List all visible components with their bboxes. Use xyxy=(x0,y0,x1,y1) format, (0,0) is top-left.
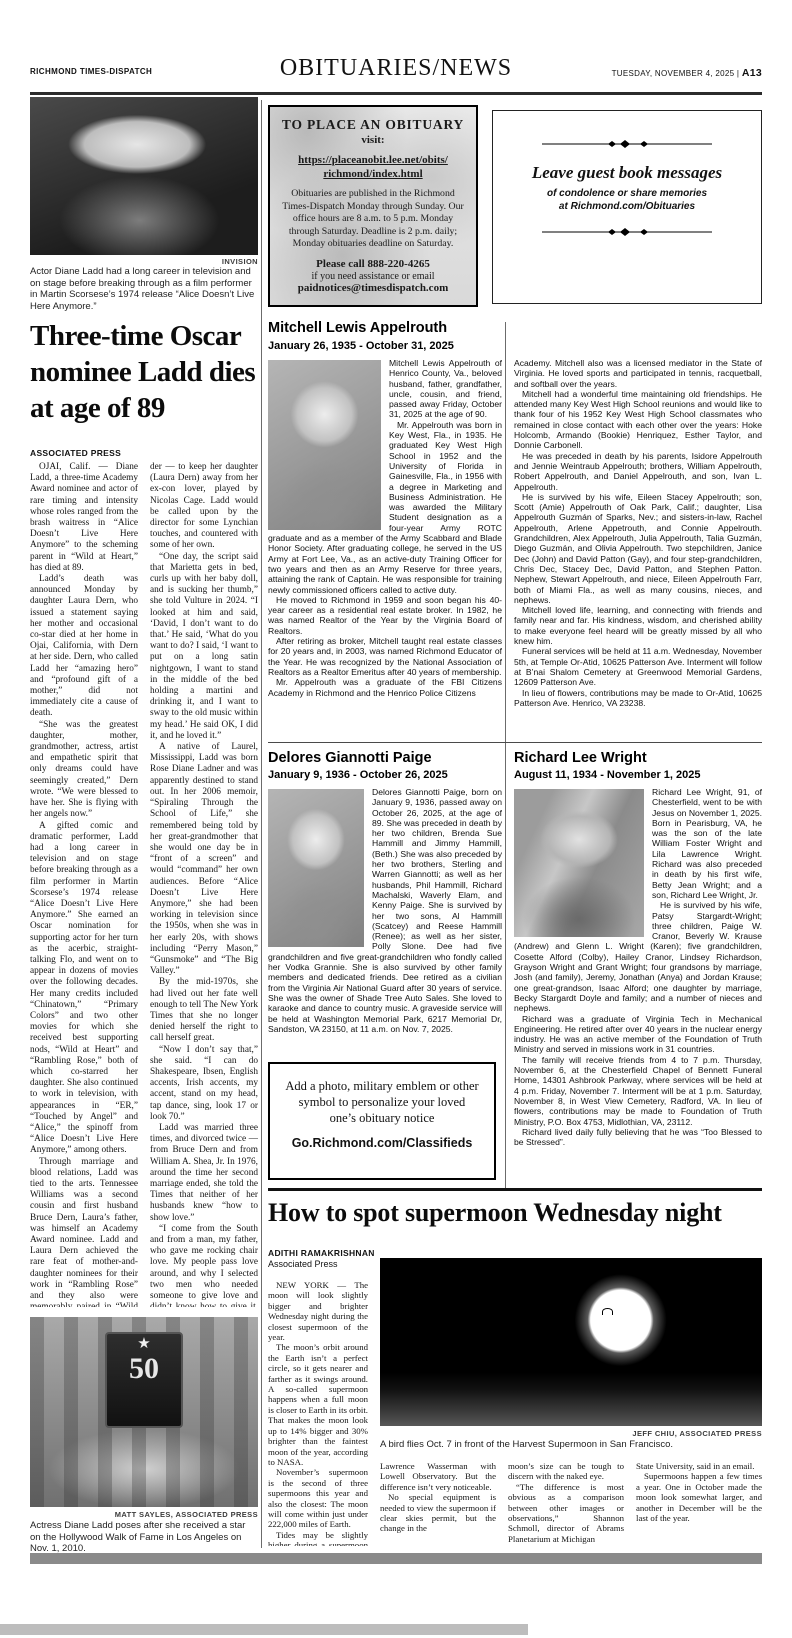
place-obituary-box: TO PLACE AN OBITUARY visit: https://plac… xyxy=(268,105,478,307)
supermoon-column-2: Lawrence Wasserman with Lowell Observato… xyxy=(380,1461,496,1549)
guest-book-link[interactable]: at Richmond.com/Obituaries xyxy=(493,200,761,213)
paragraph: Mitchell had a wonderful time maintainin… xyxy=(514,389,762,451)
paragraph: OJAI, Calif. — Diane Ladd, a three-time … xyxy=(30,462,138,574)
ladd-headline: Three-time Oscar nominee Ladd dies at ag… xyxy=(30,318,260,426)
photo-credit: INVISION xyxy=(30,257,258,266)
supermoon-column-3: moon’s size can be tough to discern with… xyxy=(508,1461,624,1549)
star-icon: ★ xyxy=(107,1334,181,1354)
classifieds-promo-text: Add a photo, military emblem or other sy… xyxy=(284,1078,480,1126)
diane-ladd-photo xyxy=(30,97,258,255)
obit-appelrouth-column-1: Mitchell Lewis Appelrouth of Henrico Cou… xyxy=(268,358,502,740)
paragraph: Mitchell loved life, learning, and conne… xyxy=(514,605,762,646)
bird-silhouette xyxy=(602,1308,613,1315)
place-obituary-link[interactable]: https://placeanobit.lee.net/obits/ richm… xyxy=(278,153,468,181)
paragraph: No special equipment is needed to view t… xyxy=(380,1492,496,1534)
paragraph: In lieu of flowers, contributions may be… xyxy=(514,688,762,709)
header-date: TUESDAY, NOVEMBER 4, 2025 | xyxy=(612,69,740,78)
anniversary-plaque: ★ 50 xyxy=(105,1332,183,1428)
paige-portrait-photo xyxy=(268,789,364,947)
header-rule xyxy=(30,92,762,95)
plaque-number: 50 xyxy=(107,1354,181,1384)
supermoon-photo-caption: A bird flies Oct. 7 in front of the Harv… xyxy=(380,1439,762,1451)
paragraph: “I come from the South and from a man, m… xyxy=(150,1224,258,1307)
paragraph: Lawrence Wasserman with Lowell Observato… xyxy=(380,1461,496,1492)
paragraph: “She was the greatest daughter, mother, … xyxy=(30,720,138,821)
paragraph: moon’s size can be tough to discern with… xyxy=(508,1461,624,1482)
supermoon-headline: How to spot supermoon Wednesday night xyxy=(268,1198,762,1228)
paragraph: Through marriage and blood relations, La… xyxy=(30,1157,138,1307)
obituary-column-divider xyxy=(505,322,506,1188)
obit-name-appelrouth: Mitchell Lewis Appelrouth xyxy=(268,320,762,336)
link-line-1[interactable]: https://placeanobit.lee.net/obits/ xyxy=(278,153,468,167)
guest-book-title: Leave guest book messages xyxy=(493,163,761,183)
obit-appelrouth-column-2: Academy. Mitchell also was a licensed me… xyxy=(514,358,762,738)
place-obituary-title: TO PLACE AN OBITUARY xyxy=(278,117,468,133)
paragraph: Tides may be slightly higher during a su… xyxy=(268,1530,368,1546)
supermoon-photo xyxy=(380,1258,762,1426)
place-obituary-phone: Please call 888-220-4265 xyxy=(278,258,468,270)
place-obituary-assist: if you need assistance or email xyxy=(278,271,468,282)
paragraph: Richard lived daily fully believing that… xyxy=(514,1127,762,1148)
paragraph: Funeral services will be held at 11 a.m.… xyxy=(514,646,762,687)
article-top-rule xyxy=(268,1188,762,1191)
guest-book-box: Leave guest book messages of condolence … xyxy=(492,110,762,304)
ornament-divider xyxy=(542,139,712,149)
paragraph: The family will receive friends from 4 t… xyxy=(514,1055,762,1127)
paragraph: Ladd’s death was announced Monday by dau… xyxy=(30,574,138,720)
guest-book-line1: of condolence or share memories xyxy=(493,187,761,200)
ladd-byline: ASSOCIATED PRESS xyxy=(30,448,121,458)
supermoon-byline-name: ADITHI RAMAKRISHNAN xyxy=(268,1248,375,1258)
obit-name-wright: Richard Lee Wright xyxy=(514,750,762,766)
obit-name-paige: Delores Giannotti Paige xyxy=(268,750,502,766)
photo-credit: JEFF CHIU, ASSOCIATED PRESS xyxy=(380,1429,762,1438)
newspaper-page: RICHMOND TIMES-DISPATCH OBITUARIES/NEWS … xyxy=(0,0,792,1638)
section-end-bar xyxy=(30,1553,762,1564)
obit-wright-body: Richard Lee Wright, 91, of Chesterfield,… xyxy=(514,787,762,1185)
paragraph: Ladd was married three times, and divorc… xyxy=(150,1123,258,1224)
paragraph: Academy. Mitchell also was a licensed me… xyxy=(514,358,762,389)
paragraph: “One day, the script said that Marietta … xyxy=(150,552,258,742)
paragraph: “The difference is most obvious as a com… xyxy=(508,1482,624,1544)
paragraph: After retiring as broker, Mitchell taugh… xyxy=(268,636,502,677)
paragraph: He is survived by his wife, Eileen Stace… xyxy=(514,492,762,605)
paragraph: NEW YORK — The moon will look slightly b… xyxy=(268,1280,368,1342)
ladd-article-column-1: OJAI, Calif. — Diane Ladd, a three-time … xyxy=(30,462,138,1307)
paragraph: State University, said in an email. xyxy=(636,1461,762,1471)
paragraph: The moon’s orbit around the Earth isn’t … xyxy=(268,1342,368,1467)
supermoon-byline-org: Associated Press xyxy=(268,1259,338,1269)
paragraph: der — to keep her daughter (Laura Dern) … xyxy=(150,462,258,552)
paragraph: A native of Laurel, Mississippi, Ladd wa… xyxy=(150,742,258,977)
obit-dates-appelrouth: January 26, 1935 - October 31, 2025 xyxy=(268,340,762,352)
page-bottom-bar xyxy=(0,1624,528,1635)
column-divider xyxy=(261,100,262,1548)
appelrouth-portrait-photo xyxy=(268,360,381,530)
place-obituary-visit: visit: xyxy=(278,134,468,146)
photo-credit: MATT SAYLES, ASSOCIATED PRESS xyxy=(30,1510,258,1519)
link-line-2[interactable]: richmond/index.html xyxy=(278,167,468,181)
ornament-divider xyxy=(542,227,712,237)
obit-paige-body: Delores Giannotti Paige, born on January… xyxy=(268,787,502,1058)
paragraph: Mr. Appelrouth was a graduate of the FBI… xyxy=(268,677,502,698)
obituary-divider-rule xyxy=(268,742,762,743)
walk-of-fame-caption: Actress Diane Ladd poses after she recei… xyxy=(30,1520,258,1555)
paragraph: He was preceded in death by his parents,… xyxy=(514,451,762,492)
classifieds-promo-link[interactable]: Go.Richmond.com/Classifieds xyxy=(284,1136,480,1150)
supermoon-column-1: NEW YORK — The moon will look slightly b… xyxy=(268,1280,368,1546)
paragraph: “Now I don’t say that,” she said. “I can… xyxy=(150,1045,258,1123)
paragraph: November’s supermoon is the second of th… xyxy=(268,1467,368,1529)
paragraph: Supermoons happen a few times a year. On… xyxy=(636,1471,762,1523)
page-number: A13 xyxy=(742,67,762,79)
supermoon-column-4: State University, said in an email.Super… xyxy=(636,1461,762,1549)
walk-of-fame-photo: ★ 50 xyxy=(30,1317,258,1507)
obit-dates-wright: August 11, 1934 - November 1, 2025 xyxy=(514,769,762,781)
obit-dates-paige: January 9, 1936 - October 26, 2025 xyxy=(268,769,502,781)
wright-portrait-photo xyxy=(514,789,644,937)
ladd-photo-caption: Actor Diane Ladd had a long career in te… xyxy=(30,266,258,312)
paragraph: A gifted comic and dramatic performer, L… xyxy=(30,821,138,1157)
paragraph: He moved to Richmond in 1959 and soon be… xyxy=(268,595,502,636)
paragraph: Richard was a graduate of Virginia Tech … xyxy=(514,1014,762,1055)
ladd-article-column-2: der — to keep her daughter (Laura Dern) … xyxy=(150,462,258,1307)
place-obituary-body: Obituaries are published in the Richmond… xyxy=(278,188,468,251)
place-obituary-email[interactable]: paidnotices@timesdispatch.com xyxy=(278,282,468,294)
paragraph: By the mid-1970s, she had lived out her … xyxy=(150,977,258,1044)
header-date-page: TUESDAY, NOVEMBER 4, 2025 | A13 xyxy=(612,67,762,79)
classifieds-promo-box: Add a photo, military emblem or other sy… xyxy=(268,1062,496,1180)
